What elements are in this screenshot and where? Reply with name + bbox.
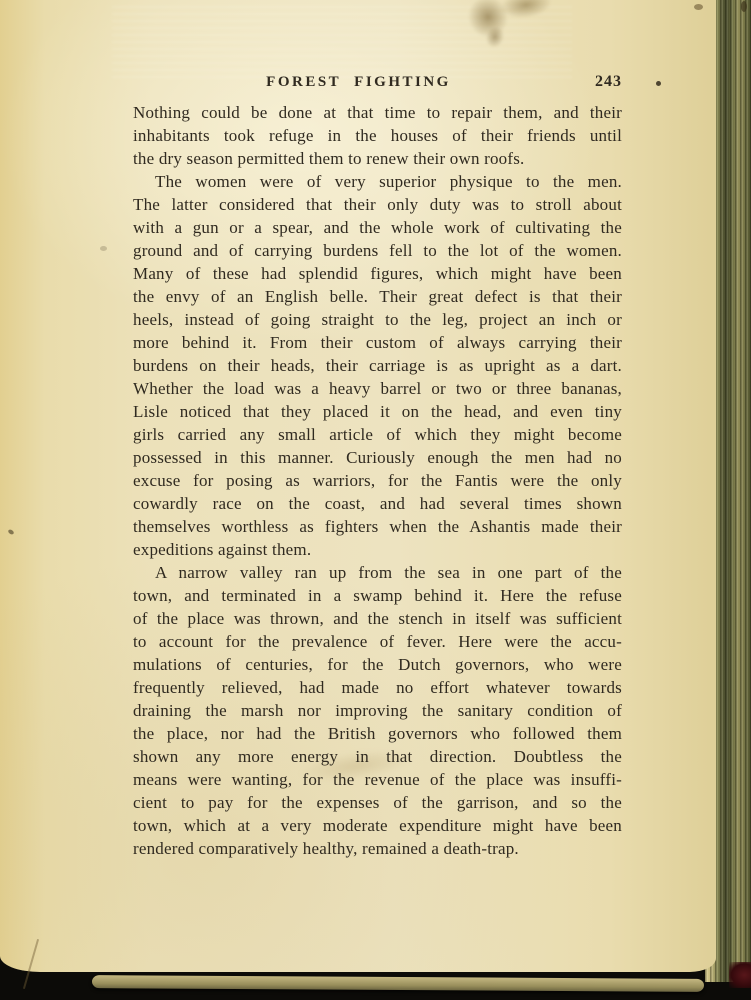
text-line: burdens on their heads, their carriage i… xyxy=(133,354,622,377)
text-line: mulations of centuries, for the Dutch go… xyxy=(133,653,622,676)
text-line: means were wanting, for the revenue of t… xyxy=(133,768,622,791)
text-line: more behind it. From their custom of alw… xyxy=(133,331,622,354)
paper-speck xyxy=(741,1,747,12)
text-line: Lisle noticed that they placed it on the… xyxy=(133,400,622,423)
text-line: the envy of an English belle. Their grea… xyxy=(133,285,622,308)
text-line: A narrow valley ran up from the sea in o… xyxy=(133,561,622,584)
text-line: shown any more energy in that direction.… xyxy=(133,745,622,768)
text-line: frequently relieved, had made no effort … xyxy=(133,676,622,699)
text-line: expeditions against them. xyxy=(133,538,622,561)
text-line: possessed in this manner. Curiously enou… xyxy=(133,446,622,469)
text-line: themselves worthless as fighters when th… xyxy=(133,515,622,538)
paper-speck xyxy=(100,246,107,251)
text-line: heels, instead of going straight to the … xyxy=(133,308,622,331)
text-line: draining the marsh nor improving the san… xyxy=(133,699,622,722)
page-text: Nothing could be done at that time to re… xyxy=(133,101,622,860)
book-photo: FOREST FIGHTING 243 Nothing could be don… xyxy=(0,0,751,1000)
text-line: Whether the load was a heavy barrel or t… xyxy=(133,377,622,400)
text-line: rendered comparatively healthy, remained… xyxy=(133,837,622,860)
text-line: of the place was thrown, and the stench … xyxy=(133,607,622,630)
text-line: the dry season permitted them to renew t… xyxy=(133,147,622,170)
book-cover-corner xyxy=(729,962,751,988)
page-number: 243 xyxy=(133,73,622,91)
text-line: girls carried any small article of which… xyxy=(133,423,622,446)
text-line: to account for the prevalence of fever. … xyxy=(133,630,622,653)
text-line: with a gun or a spear, and the whole wor… xyxy=(133,216,622,239)
text-line: ground and of carrying burdens fell to t… xyxy=(133,239,622,262)
text-line: inhabitants took refuge in the houses of… xyxy=(133,124,622,147)
text-line: Nothing could be done at that time to re… xyxy=(133,101,622,124)
text-line: excuse for posing as warriors, for the F… xyxy=(133,469,622,492)
text-line: town, and terminated in a swamp behind i… xyxy=(133,584,622,607)
text-line: cowardly race on the coast, and had seve… xyxy=(133,492,622,515)
paper-speck xyxy=(694,4,703,10)
text-line: The latter considered that their only du… xyxy=(133,193,622,216)
book-bottom-edge xyxy=(92,975,704,992)
text-line: town, which at a very moderate expenditu… xyxy=(133,814,622,837)
text-line: Many of these had splendid figures, whic… xyxy=(133,262,622,285)
text-line: The women were of very superior physique… xyxy=(133,170,622,193)
text-line: cient to pay for the expenses of the gar… xyxy=(133,791,622,814)
text-line: the place, nor had the British governors… xyxy=(133,722,622,745)
